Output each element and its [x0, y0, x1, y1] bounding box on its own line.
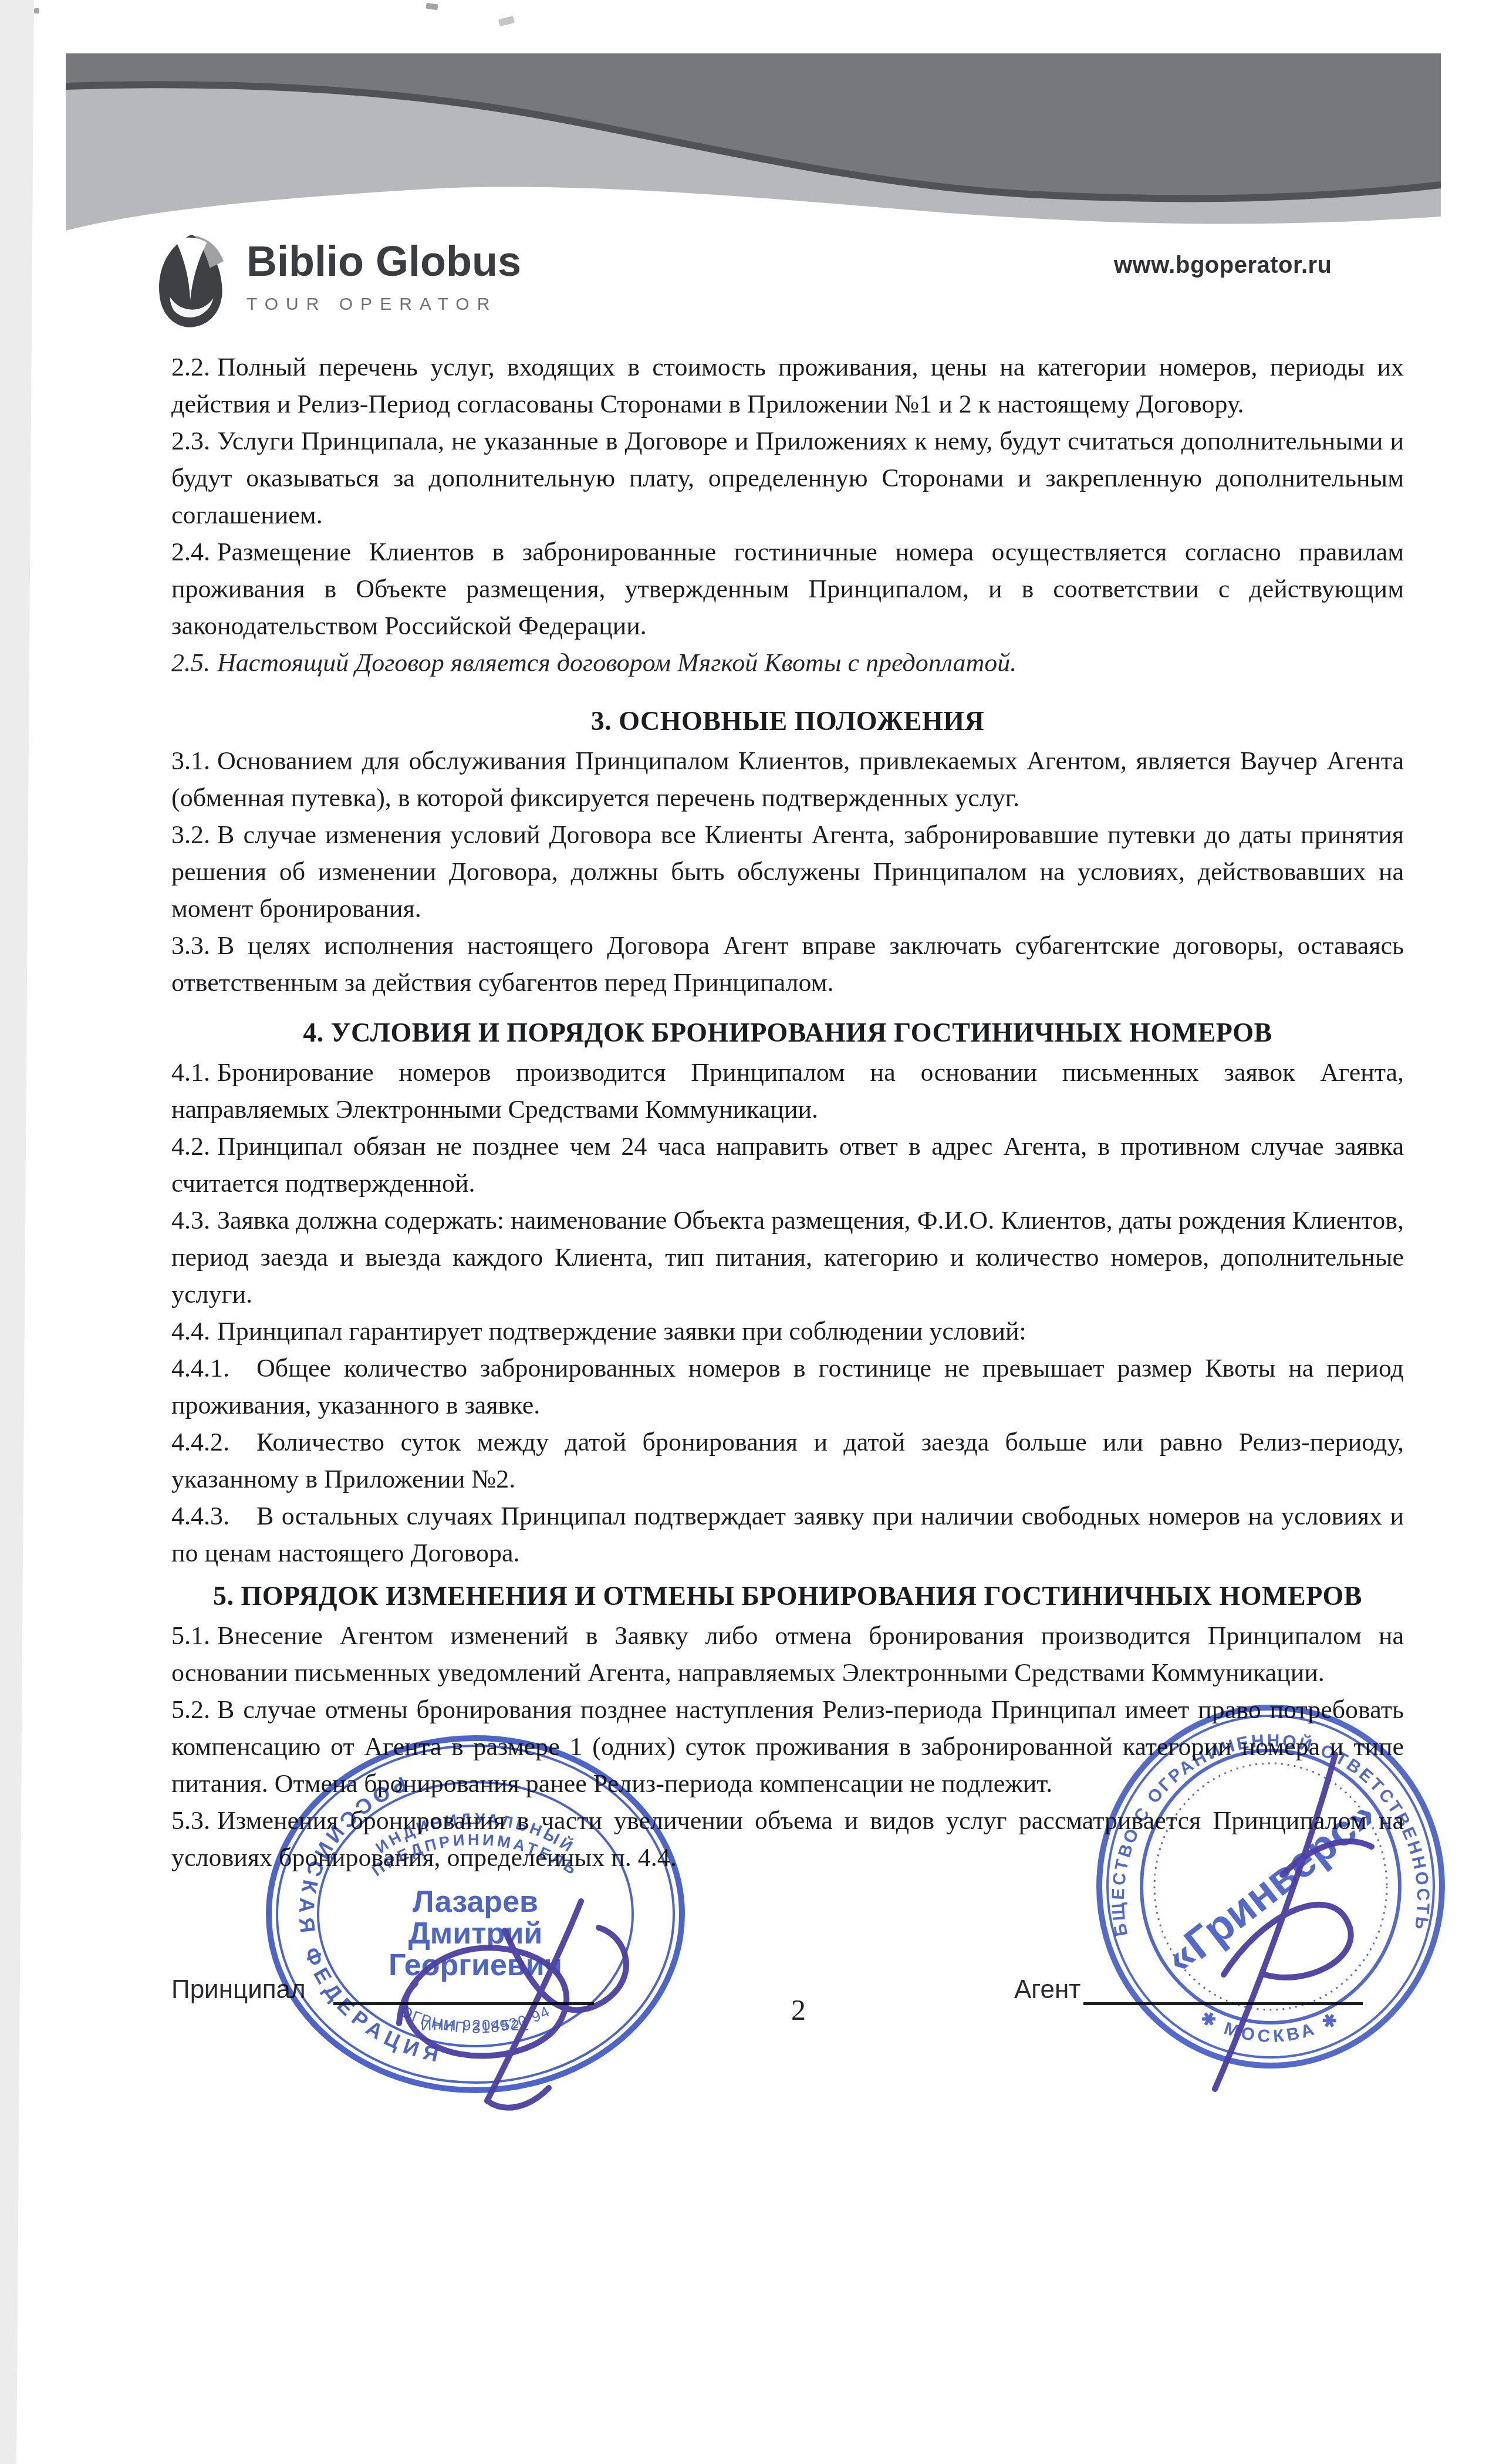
clause-number: 2.2. [171, 353, 210, 381]
clause-2-4: 2.4.Размещение Клиентов в забронированны… [171, 533, 1404, 644]
stamp-name-line2: Дмитрий [408, 1917, 543, 1951]
clause-text: В случае изменения условий Договора все … [171, 820, 1404, 923]
brand-tagline: TOUR OPERATOR [246, 296, 521, 313]
clause-text: Бронирование номеров производится Принци… [171, 1058, 1404, 1124]
scan-speck [426, 3, 438, 11]
clause-text: Общее количество забронированных номеров… [171, 1354, 1404, 1419]
clause-text: Услуги Принципала, не указанные в Догово… [171, 427, 1404, 529]
clause-text: Количество суток между датой бронировани… [171, 1428, 1404, 1493]
clause-2-3: 2.3.Услуги Принципала, не указанные в До… [171, 423, 1404, 533]
clause-number: 4.4. [171, 1317, 210, 1346]
brand-text: Biblio Globus TOUR OPERATOR [246, 241, 521, 313]
stamp-name-line3: Георгиевич [389, 1948, 562, 1982]
clause-4-4-2: 4.4.2.Количество суток между датой брони… [171, 1424, 1404, 1498]
clause-4-4-1: 4.4.1.Общее количество забронированных н… [171, 1350, 1404, 1424]
clause-number: 4.2. [171, 1132, 210, 1161]
brand-name: Biblio Globus [246, 241, 521, 283]
clause-number: 5.3. [171, 1806, 210, 1835]
clause-number: 2.4. [171, 538, 210, 566]
clause-number: 3.2. [171, 820, 210, 849]
clause-number: 5.2. [171, 1695, 210, 1724]
clause-text: Принципал гарантирует подтверждение заяв… [217, 1317, 1026, 1346]
principal-stamp: РОССИЙСКАЯ ФЕДЕРАЦИЯ ИНДИВИДУАЛЬНЫЙ ПРЕД… [252, 1725, 698, 2124]
stamp-city-text: ✱ МОСКВА ✱ [1197, 2007, 1344, 2046]
clause-4-4-3: 4.4.3.В остальных случаях Принципал подт… [171, 1498, 1404, 1571]
section-3-heading: 3. ОСНОВНЫЕ ПОЛОЖЕНИЯ [171, 705, 1404, 738]
scanned-contract-page: Biblio Globus TOUR OPERATOR www.bgoperat… [0, 0, 1496, 2464]
clause-text: Размещение Клиентов в забронированные го… [171, 538, 1404, 640]
clause-text: Внесение Агентом изменений в Заявку либо… [171, 1621, 1404, 1687]
contract-body: 2.2.Полный перечень услуг, входящих в ст… [171, 349, 1404, 1876]
clause-3-1: 3.1.Основанием для обслуживания Принципа… [171, 742, 1404, 816]
clause-number: 4.4.2. [171, 1428, 229, 1456]
clause-2-2: 2.2.Полный перечень услуг, входящих в ст… [171, 349, 1404, 423]
clause-number: 4.1. [171, 1058, 210, 1087]
clause-number: 2.5. [171, 648, 210, 677]
agent-stamp: ОБЩЕСТВО С ОГРАНИЧЕННОЙ ОТВЕТСТВЕННОСТЬЮ… [1089, 1699, 1453, 2104]
clause-number: 3.1. [171, 746, 210, 775]
page-number: 2 [791, 1993, 806, 2027]
clause-number: 4.3. [171, 1206, 210, 1235]
clause-3-2: 3.2.В случае изменения условий Договора … [171, 816, 1404, 927]
clause-text: В целях исполнения настоящего Договора А… [171, 931, 1404, 997]
section-4-heading: 4. УСЛОВИЯ И ПОРЯДОК БРОНИРОВАНИЯ ГОСТИН… [171, 1016, 1404, 1049]
clause-4-3: 4.3.Заявка должна содержать: наименовани… [171, 1202, 1404, 1313]
section-5-heading: 5. ПОРЯДОК ИЗМЕНЕНИЯ И ОТМЕНЫ БРОНИРОВАН… [171, 1580, 1404, 1613]
clause-4-1: 4.1.Бронирование номеров производится Пр… [171, 1054, 1404, 1128]
clause-number: 3.3. [171, 931, 210, 960]
scan-edge-artifact [0, 0, 35, 2464]
stamp-name-line1: Лазарев [413, 1885, 538, 1919]
website-url: www.bgoperator.ru [1114, 252, 1332, 279]
clause-4-2: 4.2.Принципал обязан не позднее чем 24 ч… [171, 1128, 1404, 1202]
clause-2-5: 2.5.Настоящий Договор является договором… [171, 644, 1404, 681]
brand-block: Biblio Globus TOUR OPERATOR [154, 230, 521, 331]
stamp-inn: ИНН 9204521 [421, 2016, 531, 2034]
clause-text: Полный перечень услуг, входящих в стоимо… [171, 353, 1404, 418]
svg-text:✱ МОСКВА ✱: ✱ МОСКВА ✱ [1197, 2007, 1344, 2046]
scan-speck [34, 8, 39, 13]
clause-text: Принципал обязан не позднее чем 24 часа … [171, 1132, 1404, 1198]
clause-number: 4.4.1. [171, 1354, 229, 1383]
biblio-globus-logo-icon [154, 230, 229, 331]
clause-3-3: 3.3.В целях исполнения настоящего Догово… [171, 927, 1404, 1001]
clause-text: В остальных случаях Принципал подтвержда… [171, 1502, 1404, 1567]
clause-text: Настоящий Договор является договором Мяг… [217, 648, 1017, 677]
header-swoosh-graphic [66, 50, 1441, 235]
clause-number: 2.3. [171, 427, 210, 455]
agent-signature-label: Агент [1014, 1975, 1080, 2005]
scan-speck [498, 16, 515, 26]
clause-text: Заявка должна содержать: наименование Об… [171, 1206, 1404, 1309]
clause-text: Основанием для обслуживания Принципалом … [171, 746, 1404, 812]
clause-4-4: 4.4.Принципал гарантирует подтверждение … [171, 1313, 1404, 1350]
clause-number: 4.4.3. [171, 1502, 229, 1530]
clause-number: 5.1. [171, 1621, 210, 1650]
clause-5-1: 5.1.Внесение Агентом изменений в Заявку … [171, 1617, 1404, 1691]
